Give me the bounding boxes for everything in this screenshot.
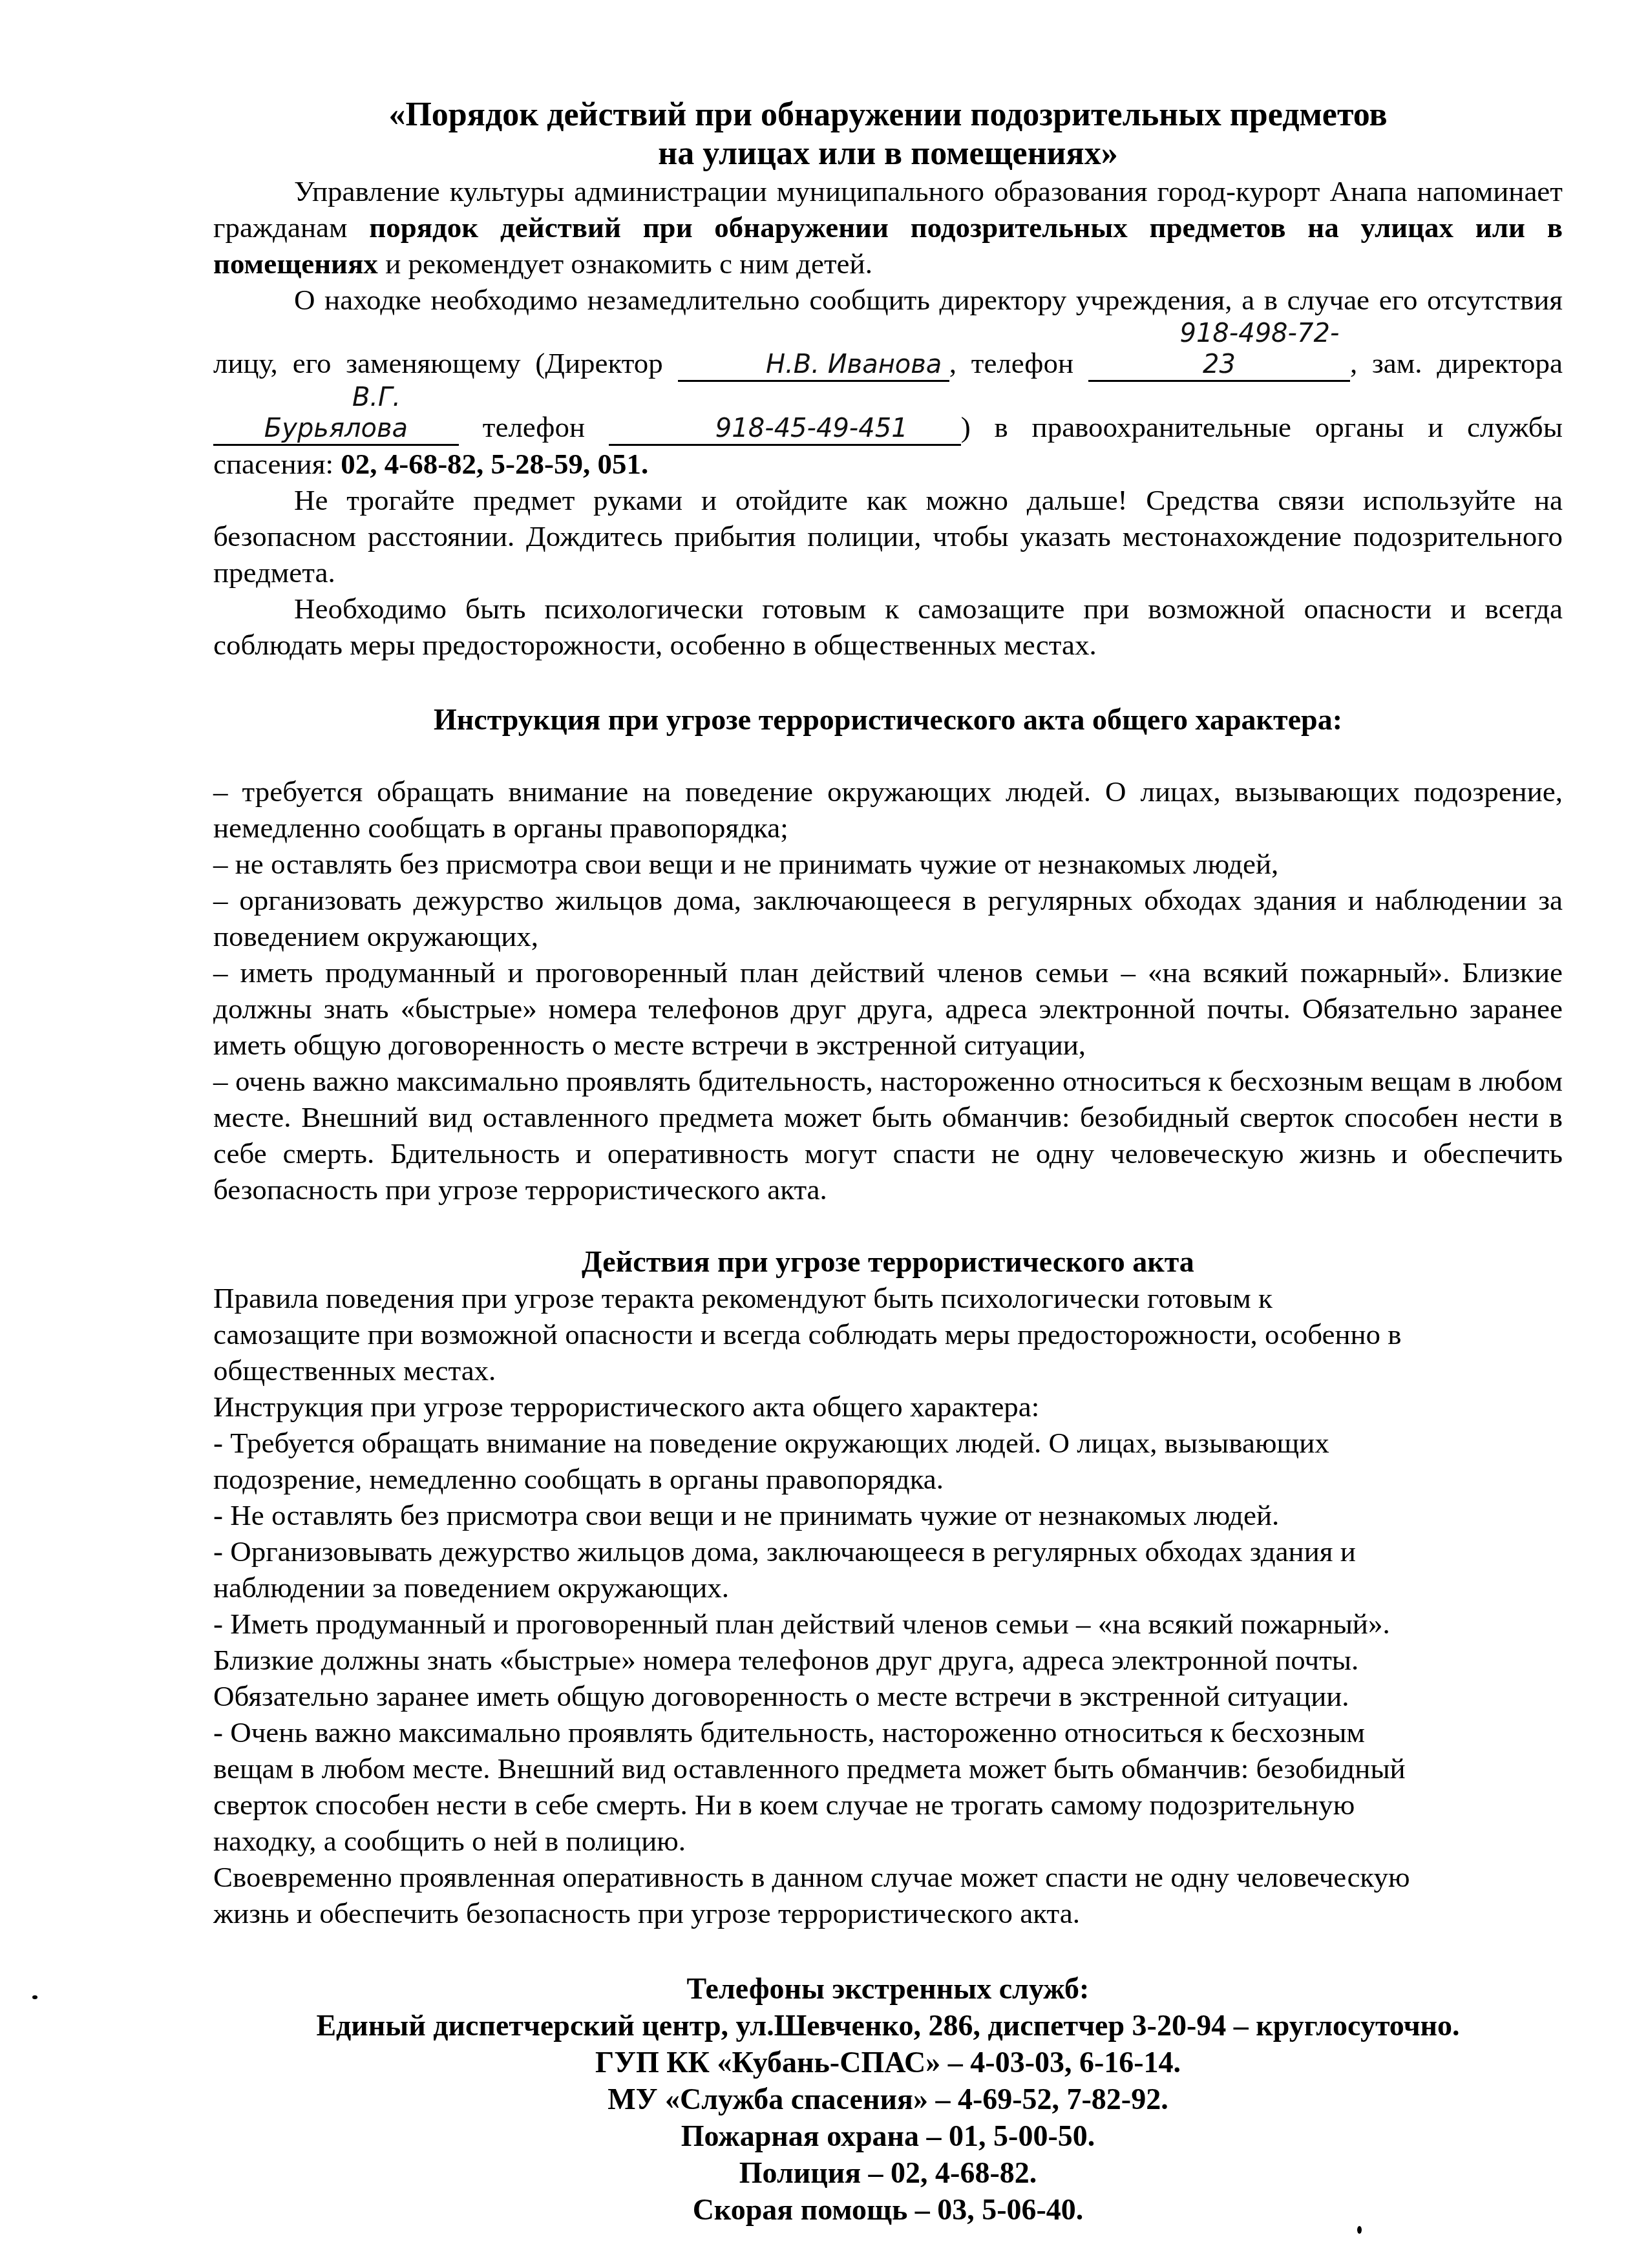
emergency-line: Полиция – 02, 4-68-82.	[213, 2154, 1563, 2191]
text-line: жизнь и обеспечить безопасность при угро…	[213, 1895, 1563, 1931]
emergency-line: МУ «Служба спасения» – 4-69-52, 7-82-92.	[213, 2081, 1563, 2117]
deputy-phone-field: 918-45-49-451	[609, 413, 961, 446]
text-line: - Очень важно максимально проявлять бдит…	[213, 1714, 1563, 1750]
title-line-2: на улицах или в помещениях»	[213, 134, 1563, 173]
title-line-1: «Порядок действий при обнаружении подозр…	[213, 96, 1563, 134]
intro-paragraph-2: О находке необходимо незамедлительно соо…	[213, 282, 1563, 482]
director-name-field: Н.В. Иванова	[678, 349, 949, 382]
emergency-heading: Телефоны экстренных служб:	[213, 1970, 1563, 2007]
list-item: – требуется обращать внимание на поведен…	[213, 773, 1563, 846]
scan-speck	[1357, 2226, 1362, 2234]
list-item: – иметь продуманный и проговоренный план…	[213, 954, 1563, 1063]
intro-text-end: и рекомендует ознакомить с ним детей.	[378, 247, 872, 280]
deputy-label: , зам. директора	[1350, 347, 1563, 379]
section1-heading: Инструкция при угрозе террористического …	[213, 702, 1563, 738]
text-line: подозрение, немедленно сообщать в органы…	[213, 1461, 1563, 1497]
text-line: - Организовывать дежурство жильцов дома,…	[213, 1533, 1563, 1570]
intro-paragraph-3: Не трогайте предмет руками и отойдите ка…	[213, 482, 1563, 591]
list-item: – не оставлять без присмотра свои вещи и…	[213, 846, 1563, 882]
section1-list: – требуется обращать внимание на поведен…	[213, 773, 1563, 1208]
emergency-contacts: Телефоны экстренных служб: Единый диспет…	[213, 1970, 1563, 2228]
deputy-phone-label: телефон	[459, 411, 609, 443]
intro-paragraph-4: Необходимо быть психологически готовым к…	[213, 591, 1563, 663]
text-line: общественных местах.	[213, 1352, 1563, 1389]
text-line: сверток способен нести в себе смерть. Ни…	[213, 1787, 1563, 1823]
text-line: Правила поведения при угрозе теракта рек…	[213, 1280, 1563, 1316]
section2-body: Правила поведения при угрозе теракта рек…	[213, 1280, 1563, 1931]
text-line: Близкие должны знать «быстрые» номера те…	[213, 1642, 1563, 1678]
director-phone-field: 918-498-72-23	[1088, 318, 1350, 382]
text-line: наблюдении за поведением окружающих.	[213, 1570, 1563, 1606]
list-item: – очень важно максимально проявлять бдит…	[213, 1063, 1563, 1208]
document-page: «Порядок действий при обнаружении подозр…	[213, 0, 1563, 2228]
text-line: - Требуется обращать внимание на поведен…	[213, 1425, 1563, 1461]
text-line: Обязательно заранее иметь общую договоре…	[213, 1678, 1563, 1714]
services-phones: 02, 4-68-82, 5-28-59, 051.	[341, 448, 648, 480]
text-line: Инструкция при угрозе террористического …	[213, 1389, 1563, 1425]
text-line: находку, а сообщить о ней в полицию.	[213, 1823, 1563, 1859]
section2-heading: Действия при угрозе террористического ак…	[213, 1244, 1563, 1280]
phone-label: , телефон	[949, 347, 1088, 379]
emergency-line: ГУП КК «Кубань-СПАС» – 4-03-03, 6-16-14.	[213, 2044, 1563, 2081]
document-title: «Порядок действий при обнаружении подозр…	[213, 96, 1563, 173]
text-line: самозащите при возможной опасности и все…	[213, 1316, 1563, 1352]
text-line: - Иметь продуманный и проговоренный план…	[213, 1606, 1563, 1642]
text-line: вещам в любом месте. Внешний вид оставле…	[213, 1750, 1563, 1787]
scan-speck	[32, 1995, 37, 1999]
list-item: – организовать дежурство жильцов дома, з…	[213, 882, 1563, 954]
deputy-name-field: В.Г. Бурьялова	[213, 382, 459, 446]
emergency-line: Скорая помощь – 03, 5-06-40.	[213, 2191, 1563, 2228]
emergency-line: Единый диспетчерский центр, ул.Шевченко,…	[213, 2007, 1563, 2044]
emergency-list: Единый диспетчерский центр, ул.Шевченко,…	[213, 2007, 1563, 2228]
text-line: - Не оставлять без присмотра свои вещи и…	[213, 1497, 1563, 1533]
text-line: Своевременно проявленная оперативность в…	[213, 1859, 1563, 1895]
emergency-line: Пожарная охрана – 01, 5-00-50.	[213, 2117, 1563, 2154]
intro-paragraph-1: Управление культуры администрации муници…	[213, 173, 1563, 282]
